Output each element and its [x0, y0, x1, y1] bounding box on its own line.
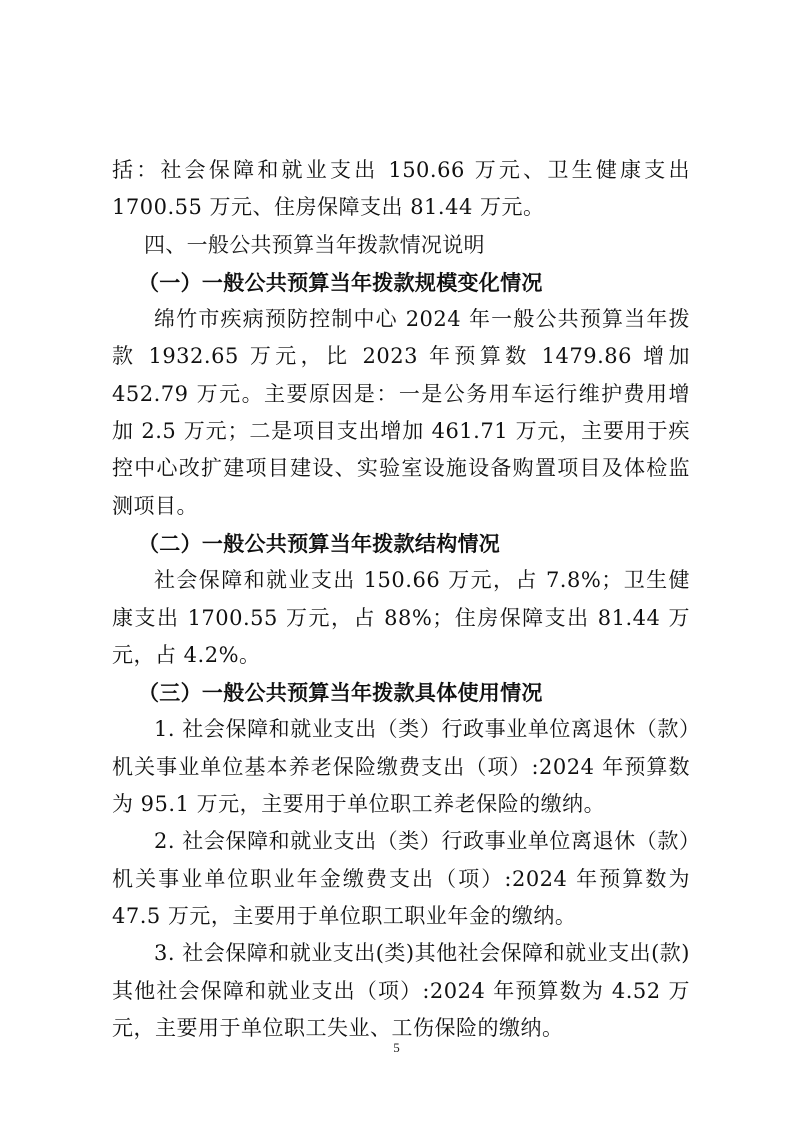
paragraph-usage-item-3: 3. 社会保障和就业支出(类)其他社会保障和就业支出(款)其他社会保障和就业支出…: [112, 935, 690, 1047]
section-heading-four: 四、一般公共预算当年拨款情况说明: [112, 227, 690, 264]
paragraph-continued-expenditure-breakdown: 括：社会保障和就业支出 150.66 万元、卫生健康支出 1700.55 万元、…: [112, 152, 690, 227]
paragraph-usage-item-1: 1. 社会保障和就业支出（类）行政事业单位离退休（款）机关事业单位基本养老保险缴…: [112, 711, 690, 823]
document-page: 括：社会保障和就业支出 150.66 万元、卫生健康支出 1700.55 万元、…: [112, 152, 690, 1047]
subheading-specific-usage: （三）一般公共预算当年拨款具体使用情况: [112, 674, 690, 711]
paragraph-usage-item-2: 2. 社会保障和就业支出（类）行政事业单位离退休（款）机关事业单位职业年金缴费支…: [112, 823, 690, 935]
paragraph-scale-change: 绵竹市疾病预防控制中心 2024 年一般公共预算当年拨款 1932.65 万元，…: [112, 301, 690, 525]
page-number: 5: [0, 1040, 793, 1056]
subheading-structure: （二）一般公共预算当年拨款结构情况: [112, 525, 690, 562]
subheading-scale-change: （一）一般公共预算当年拨款规模变化情况: [112, 264, 690, 301]
paragraph-structure: 社会保障和就业支出 150.66 万元，占 7.8%；卫生健康支出 1700.5…: [112, 562, 690, 674]
